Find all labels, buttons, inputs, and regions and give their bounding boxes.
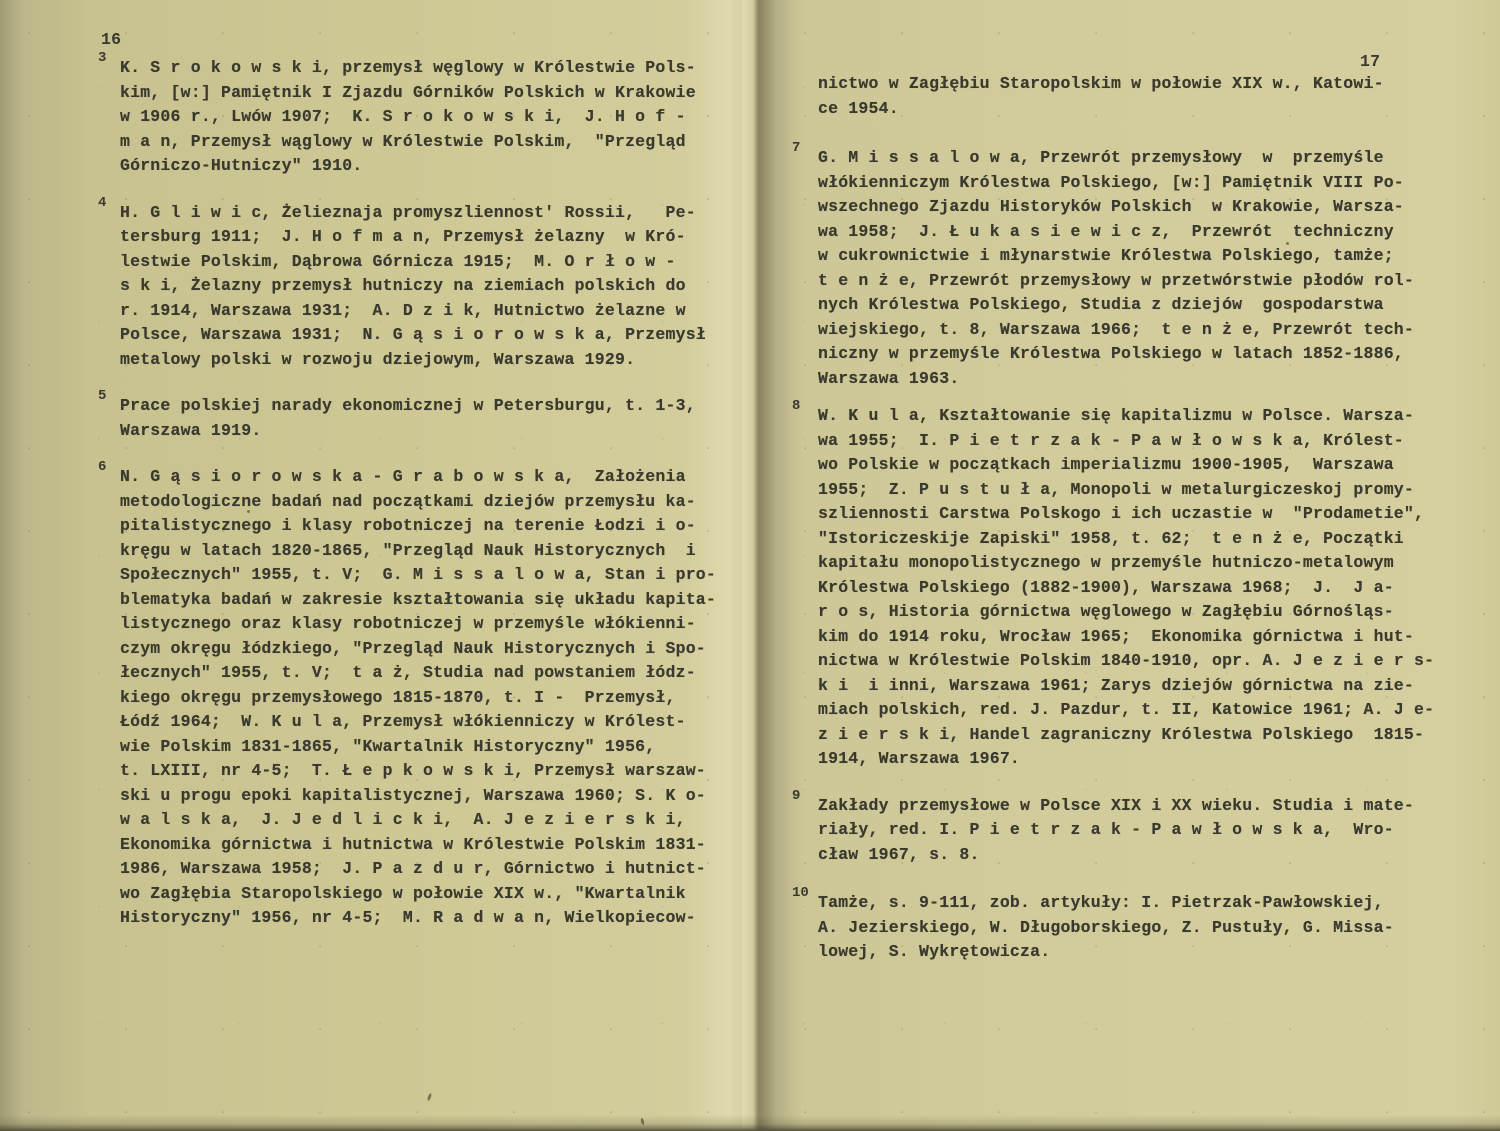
footnote-10-marker: 10 bbox=[792, 885, 818, 901]
footnote-5-text: Prace polskiej narady ekonomicznej w Pet… bbox=[120, 394, 723, 443]
footnote-4: 4 H. G l i w i c, Żelieznaja promyszlien… bbox=[98, 201, 723, 373]
page-number-right: 17 bbox=[1360, 52, 1380, 71]
footnote-10-text: Tamże, s. 9-111, zob. artykuły: I. Pietr… bbox=[818, 891, 1452, 965]
right-page: nictwo w Zagłębiu Staropolskim w połowie… bbox=[792, 72, 1452, 965]
footnote-7: 7 G. M i s s a l o w a, Przewrót przemys… bbox=[792, 146, 1452, 391]
footnote-5: 5 Prace polskiej narady ekonomicznej w P… bbox=[98, 394, 723, 443]
footnote-8: 8 W. K u l a, Kształtowanie się kapitali… bbox=[792, 404, 1452, 772]
book-spread: 16 17 3 K. S r o k o w s k i, przemysł w… bbox=[0, 0, 1500, 1131]
footnote-4-text: H. G l i w i c, Żelieznaja promyszlienno… bbox=[120, 201, 723, 373]
footnote-6-carryover: nictwo w Zagłębiu Staropolskim w połowie… bbox=[792, 72, 1452, 121]
footnote-6-text: N. G ą s i o r o w s k a - G r a b o w s… bbox=[120, 465, 723, 931]
footnote-3-text: K. S r o k o w s k i, przemysł węglowy w… bbox=[120, 56, 723, 179]
footnote-10: 10 Tamże, s. 9-111, zob. artykuły: I. Pi… bbox=[792, 891, 1452, 965]
left-page: 3 K. S r o k o w s k i, przemysł węglowy… bbox=[98, 56, 723, 931]
footnote-9: 9 Zakłady przemysłowe w Polsce XIX i XX … bbox=[792, 794, 1452, 868]
footnote-3-marker: 3 bbox=[98, 50, 120, 66]
footnote-8-text: W. K u l a, Kształtowanie się kapitalizm… bbox=[818, 404, 1452, 772]
paper-speck bbox=[427, 1093, 433, 1102]
footnote-6-marker: 6 bbox=[98, 459, 120, 475]
footnote-6-carryover-text: nictwo w Zagłębiu Staropolskim w połowie… bbox=[818, 72, 1452, 121]
footnote-9-marker: 9 bbox=[792, 788, 818, 804]
footnote-7-marker: 7 bbox=[792, 140, 818, 156]
footnote-8-marker: 8 bbox=[792, 398, 818, 414]
footnote-4-marker: 4 bbox=[98, 195, 120, 211]
footnote-7-text: G. M i s s a l o w a, Przewrót przemysło… bbox=[818, 146, 1452, 391]
footnote-5-marker: 5 bbox=[98, 388, 120, 404]
footnote-3: 3 K. S r o k o w s k i, przemysł węglowy… bbox=[98, 56, 723, 179]
page-gutter bbox=[742, 0, 776, 1131]
scan-bottom-edge bbox=[0, 1115, 1500, 1131]
footnote-9-text: Zakłady przemysłowe w Polsce XIX i XX wi… bbox=[818, 794, 1452, 868]
page-number-left: 16 bbox=[101, 30, 121, 49]
footnote-6: 6 N. G ą s i o r o w s k a - G r a b o w… bbox=[98, 465, 723, 931]
